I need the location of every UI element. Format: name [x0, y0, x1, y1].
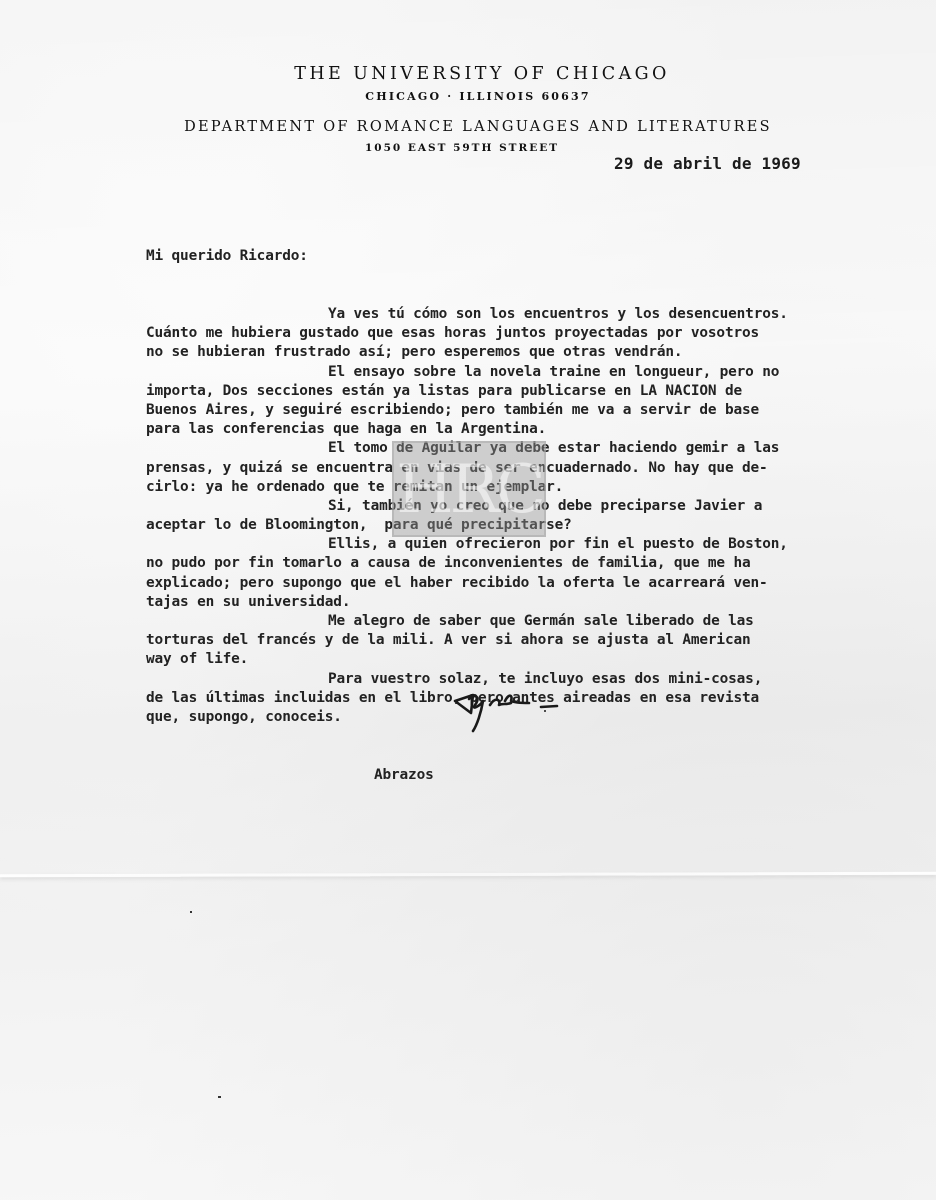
letter-line: Ellis, a quien ofrecieron por fin el pue…	[146, 535, 866, 554]
signature-icon	[445, 683, 605, 743]
letter-line: Cuánto me hubiera gustado que esas horas…	[146, 324, 866, 343]
letter-line: Buenos Aires, y seguiré escribiendo; per…	[146, 401, 866, 420]
letter-line: explicado; pero supongo que el haber rec…	[146, 574, 866, 593]
salutation: Mi querido Ricardo:	[146, 247, 866, 266]
letterhead-department: DEPARTMENT OF ROMANCE LANGUAGES AND LITE…	[10, 119, 936, 135]
paper-fold-line	[0, 872, 936, 877]
letter-line: torturas del francés y de la mili. A ver…	[146, 631, 866, 650]
letter-line: para las conferencias que haga en la Arg…	[146, 420, 866, 439]
letter-line: way of life.	[146, 650, 866, 669]
letterhead-city-line: CHICAGO · ILLINOIS 60637	[10, 90, 936, 103]
letter-line: no se hubieran frustrado así; pero esper…	[146, 343, 866, 362]
letter-line: El ensayo sobre la novela traine en long…	[146, 363, 866, 382]
paper-speck	[190, 911, 192, 913]
letter-line: importa, Dos secciones están ya listas p…	[146, 382, 866, 401]
letter-date: 29 de abril de 1969	[614, 154, 801, 173]
letter-line: Me alegro de saber que Germán sale liber…	[146, 612, 866, 631]
letter-line: no pudo por fin tomarlo a causa de incon…	[146, 554, 866, 573]
paper-speck	[218, 1096, 221, 1098]
letter-line: tajas en su universidad.	[146, 593, 866, 612]
letterhead-street: 1050 EAST 59TH STREET	[0, 142, 930, 154]
letter-line: Ya ves tú cómo son los encuentros y los …	[146, 305, 866, 324]
letterhead-institution: THE UNIVERSITY OF CHICAGO	[14, 64, 936, 84]
watermark-logo: HRC	[392, 441, 546, 537]
closing: Abrazos	[146, 766, 866, 785]
